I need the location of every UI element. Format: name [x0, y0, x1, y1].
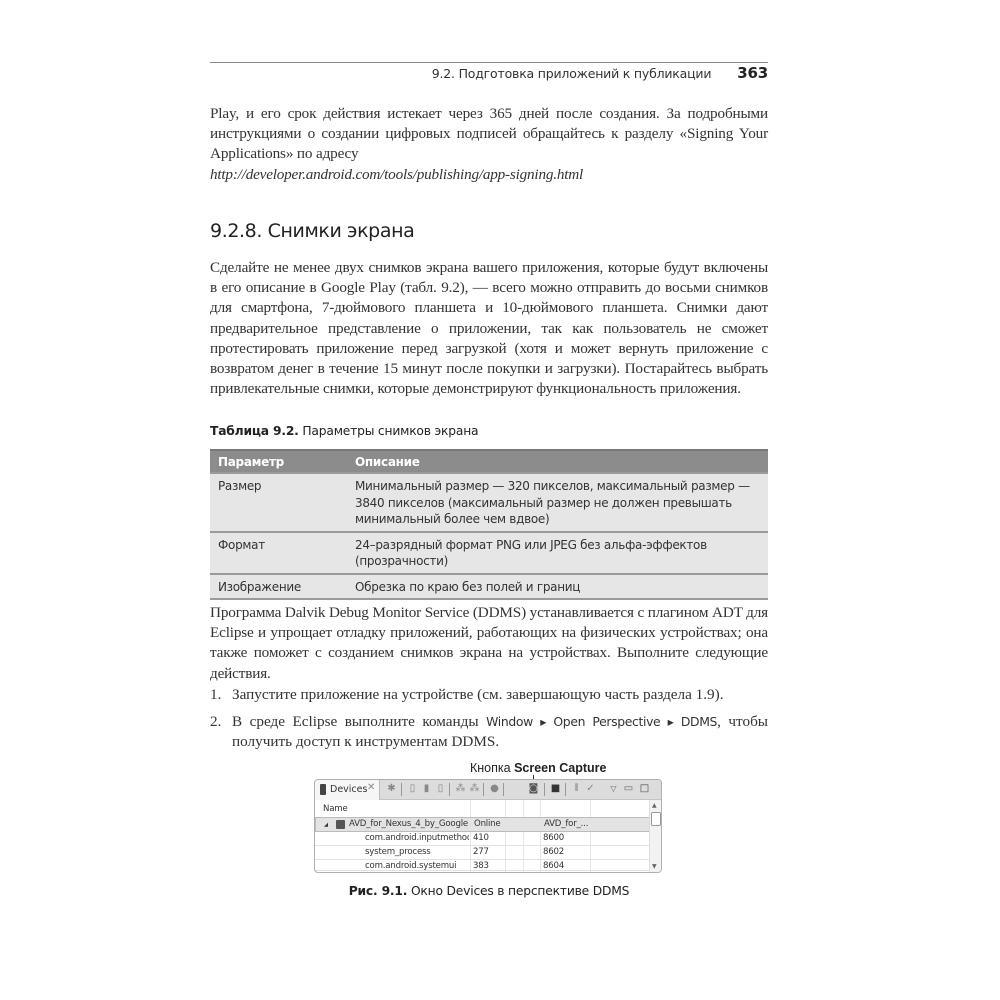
process-name: com.android.systemui: [365, 861, 469, 871]
table-row: Формат 24–разрядный формат PNG или JPEG …: [210, 532, 768, 574]
device-name: AVD_for_Nexus_4_by_Google [: [349, 819, 469, 829]
device-row[interactable]: ◢ AVD_for_Nexus_4_by_Google [ Online AVD…: [315, 817, 651, 832]
screenshot-params-table: Параметр Описание Размер Минимальный раз…: [210, 449, 768, 600]
column-header-parameter: Параметр: [210, 450, 347, 473]
column-header-name[interactable]: Name: [323, 804, 348, 814]
dump-hprof-icon[interactable]: ▮: [421, 783, 432, 795]
threads-icon[interactable]: ⁂: [455, 783, 466, 795]
maximize-icon[interactable]: □: [639, 783, 650, 795]
menu-path: Window ▸ Open Perspective ▸ DDMS: [486, 714, 717, 729]
expand-triangle-icon[interactable]: ◢: [324, 821, 328, 828]
cell-description: Обрезка по краю без полей и границ: [347, 574, 768, 600]
running-head: 9.2. Подготовка приложений к публикации3…: [210, 64, 768, 82]
device-icon: [320, 784, 326, 795]
device-avd: AVD_for_...: [544, 819, 588, 829]
column-header-description: Описание: [347, 450, 768, 473]
cell-parameter: Размер: [210, 473, 347, 532]
process-name: com.android.inputmethod: [365, 833, 469, 843]
vertical-scrollbar[interactable]: ▲ ▼: [649, 800, 661, 872]
tab-devices-label: Devices: [330, 784, 367, 795]
toolbar-separator: [544, 783, 545, 796]
step-number: 1.: [210, 685, 221, 705]
screen-capture-icon[interactable]: ◙: [528, 783, 539, 795]
process-pid: 383: [473, 861, 489, 871]
section-paragraph: Сделайте не менее двух снимков экрана ва…: [210, 258, 768, 399]
reset-adb-icon[interactable]: ⦀: [571, 783, 582, 795]
view-menu-icon[interactable]: ▽: [608, 783, 619, 795]
devices-column-header-row: Name: [315, 803, 649, 816]
toolbar-separator: [483, 783, 484, 796]
devices-toolbar: Devices ✕ ✱ ▯ ▮ ▯ ⁂ ⁂ ● ◙ ■ ⦀ ✓ ▽ ▭ □: [315, 780, 661, 800]
heap-icon[interactable]: ▯: [407, 783, 418, 795]
devices-tree-table: Name ◢ AVD_for_Nexus_4_by_Google [ Onlin…: [315, 800, 649, 872]
process-row[interactable]: com.android.inputmethod 410 8600: [315, 832, 649, 846]
header-rule: [210, 62, 768, 63]
method-profiling-icon[interactable]: ⁂: [469, 783, 480, 795]
check-icon[interactable]: ✓: [585, 783, 596, 795]
step-number: 2.: [210, 712, 221, 732]
ddms-paragraph: Программа Dalvik Debug Monitor Service (…: [210, 603, 768, 684]
systrace-icon[interactable]: ■: [550, 783, 561, 795]
process-port: 8600: [543, 833, 564, 843]
screen-capture-callout: Кнопка Screen Capture: [470, 761, 606, 775]
gc-icon[interactable]: ▯: [435, 783, 446, 795]
toolbar-separator: [449, 783, 450, 796]
cell-parameter: Формат: [210, 532, 347, 574]
process-row[interactable]: system_process 277 8602: [315, 846, 649, 860]
process-pid: 277: [473, 847, 489, 857]
step-text: Запустите приложение на устройстве (см. …: [232, 685, 768, 705]
cell-parameter: Изображение: [210, 574, 347, 600]
scroll-down-icon[interactable]: ▼: [652, 863, 657, 870]
page-number: 363: [737, 64, 768, 82]
step-text-before: В среде Eclipse выполните команды: [232, 713, 486, 730]
cell-description: 24–разрядный формат PNG или JPEG без аль…: [347, 532, 768, 574]
figure-caption-text: Окно Devices в перспективе DDMS: [411, 884, 629, 898]
callout-prefix: Кнопка: [470, 761, 514, 775]
toolbar-separator: [401, 783, 402, 796]
running-head-section: 9.2. Подготовка приложений к публикации: [432, 66, 712, 81]
minimize-icon[interactable]: ▭: [623, 783, 634, 795]
scroll-thumb[interactable]: [651, 812, 661, 826]
process-port: 8602: [543, 847, 564, 857]
figure-caption-label: Рис. 9.1.: [349, 884, 408, 898]
devices-view: Devices ✕ ✱ ▯ ▮ ▯ ⁂ ⁂ ● ◙ ■ ⦀ ✓ ▽ ▭ □ Na…: [314, 779, 662, 873]
callout-bold: Screen Capture: [514, 761, 606, 775]
table-row: Изображение Обрезка по краю без полей и …: [210, 574, 768, 600]
debug-icon[interactable]: ✱: [386, 783, 397, 795]
table-caption-label: Таблица 9.2.: [210, 424, 299, 438]
section-heading: 9.2.8. Снимки экрана: [210, 220, 414, 242]
process-pid: 410: [473, 833, 489, 843]
process-row[interactable]: com.android.systemui 383 8604: [315, 860, 649, 871]
intro-paragraph: Play, и его срок действия истекает через…: [210, 104, 768, 165]
table-row: Размер Минимальный размер — 320 пикселов…: [210, 473, 768, 532]
process-port: 8604: [543, 861, 564, 871]
table-header-row: Параметр Описание: [210, 450, 768, 473]
tab-devices[interactable]: Devices ✕: [315, 780, 380, 800]
table-caption-text: Параметры снимков экрана: [302, 424, 478, 438]
toolbar-separator: [565, 783, 566, 796]
stop-process-icon[interactable]: ●: [489, 783, 500, 795]
scroll-up-icon[interactable]: ▲: [652, 802, 657, 809]
process-name: system_process: [365, 847, 469, 857]
toolbar-separator: [503, 783, 504, 796]
device-status: Online: [474, 819, 501, 829]
signing-url[interactable]: http://developer.android.com/tools/publi…: [210, 166, 583, 184]
cell-description: Минимальный размер — 320 пикселов, макси…: [347, 473, 768, 532]
close-icon[interactable]: ✕: [367, 782, 375, 793]
table-caption: Таблица 9.2. Параметры снимков экрана: [210, 424, 478, 438]
figure-caption: Рис. 9.1. Окно Devices в перспективе DDM…: [210, 884, 768, 898]
step-text: В среде Eclipse выполните команды Window…: [232, 712, 768, 752]
emulator-icon: [336, 820, 345, 829]
